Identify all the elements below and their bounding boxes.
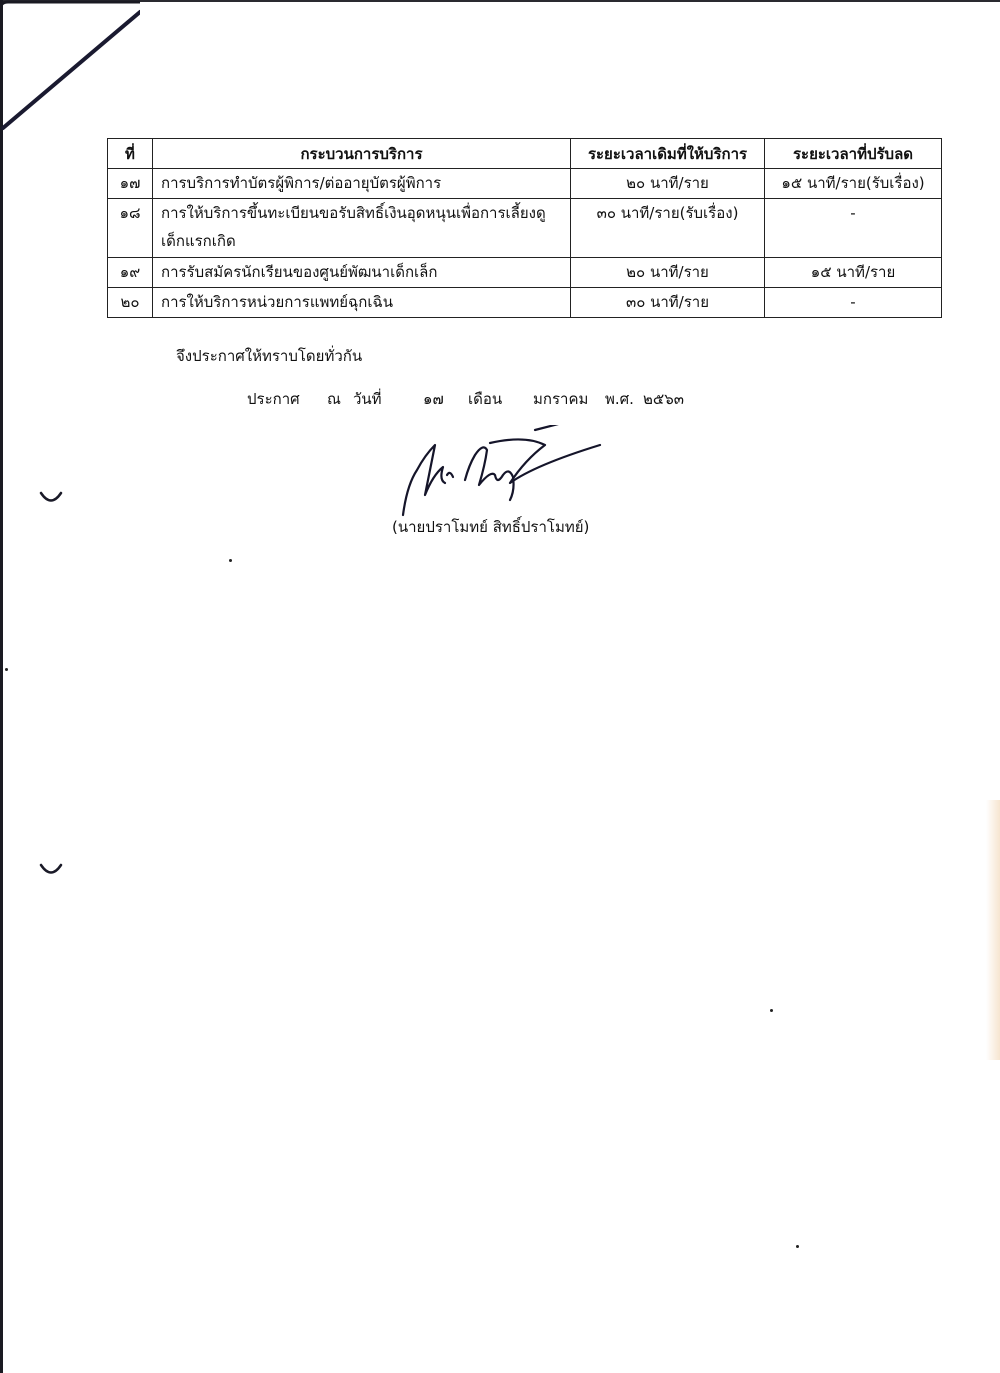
row-process: การบริการทำบัตรผู้พิการ/ต่ออายุบัตรผู้พิ… (153, 169, 571, 199)
closing-statement: จึงประกาศให้ทราบโดยทั่วกัน (176, 344, 362, 368)
header-no: ที่ (108, 139, 153, 169)
scan-speck (796, 1245, 799, 1248)
date-prefix: ประกาศ (247, 387, 327, 411)
page-edge-top (0, 0, 1000, 2)
row-original-time: ๒๐ นาที/ราย (571, 169, 765, 199)
header-process: กระบวนการบริการ (153, 139, 571, 169)
date-era: พ.ศ. (605, 387, 643, 411)
scan-speck (770, 1009, 773, 1012)
handwritten-signature (395, 425, 615, 520)
date-day: ๑๗ (423, 387, 468, 411)
table-row: ๑๗ การบริการทำบัตรผู้พิการ/ต่ออายุบัตรผู… (108, 169, 942, 199)
announcement-date: ประกาศ ณ วันที่ ๑๗ เดือน มกราคม พ.ศ. ๒๕๖… (247, 387, 684, 411)
row-original-time: ๒๐ นาที/ราย (571, 258, 765, 288)
table-row: ๑๘ การให้บริการขึ้นทะเบียนขอรับสิทธิ์เงิ… (108, 199, 942, 258)
row-number: ๑๙ (108, 258, 153, 288)
date-day-label: วันที่ (353, 387, 423, 411)
folded-corner-mark (0, 0, 140, 140)
row-number: ๑๗ (108, 169, 153, 199)
page-edge-left (0, 0, 3, 1373)
row-number: ๑๘ (108, 199, 153, 258)
row-reduced-time: - (765, 199, 942, 258)
punch-hole-mark-icon (38, 862, 64, 878)
date-month-label: เดือน (468, 387, 533, 411)
row-reduced-time: ๑๕ นาที/ราย(รับเรื่อง) (765, 169, 942, 199)
header-original-time: ระยะเวลาเดิมที่ให้บริการ (571, 139, 765, 169)
scan-speck (5, 668, 8, 671)
header-reduced-time: ระยะเวลาที่ปรับลด (765, 139, 942, 169)
date-month: มกราคม (533, 387, 605, 411)
service-time-table: ที่ กระบวนการบริการ ระยะเวลาเดิมที่ให้บร… (107, 138, 942, 318)
table-row: ๒๐ การให้บริการหน่วยการแพทย์ฉุกเฉิน ๓๐ น… (108, 288, 942, 318)
row-original-time: ๓๐ นาที/ราย(รับเรื่อง) (571, 199, 765, 258)
row-process: การให้บริการหน่วยการแพทย์ฉุกเฉิน (153, 288, 571, 318)
table-row: ๑๙ การรับสมัครนักเรียนของศูนย์พัฒนาเด็กเ… (108, 258, 942, 288)
row-process: การรับสมัครนักเรียนของศูนย์พัฒนาเด็กเล็ก (153, 258, 571, 288)
row-process: การให้บริการขึ้นทะเบียนขอรับสิทธิ์เงินอุ… (153, 199, 571, 258)
row-reduced-time: - (765, 288, 942, 318)
scan-discoloration (986, 800, 1000, 1060)
signer-name: (นายปราโมทย์ สิทธิ์ปราโมทย์) (392, 515, 589, 539)
table-header-row: ที่ กระบวนการบริการ ระยะเวลาเดิมที่ให้บร… (108, 139, 942, 169)
scan-speck (229, 559, 232, 562)
punch-hole-mark-icon (38, 490, 64, 506)
row-original-time: ๓๐ นาที/ราย (571, 288, 765, 318)
date-year: ๒๕๖๓ (643, 387, 684, 411)
row-number: ๒๐ (108, 288, 153, 318)
date-at: ณ (327, 387, 353, 411)
row-reduced-time: ๑๕ นาที/ราย (765, 258, 942, 288)
